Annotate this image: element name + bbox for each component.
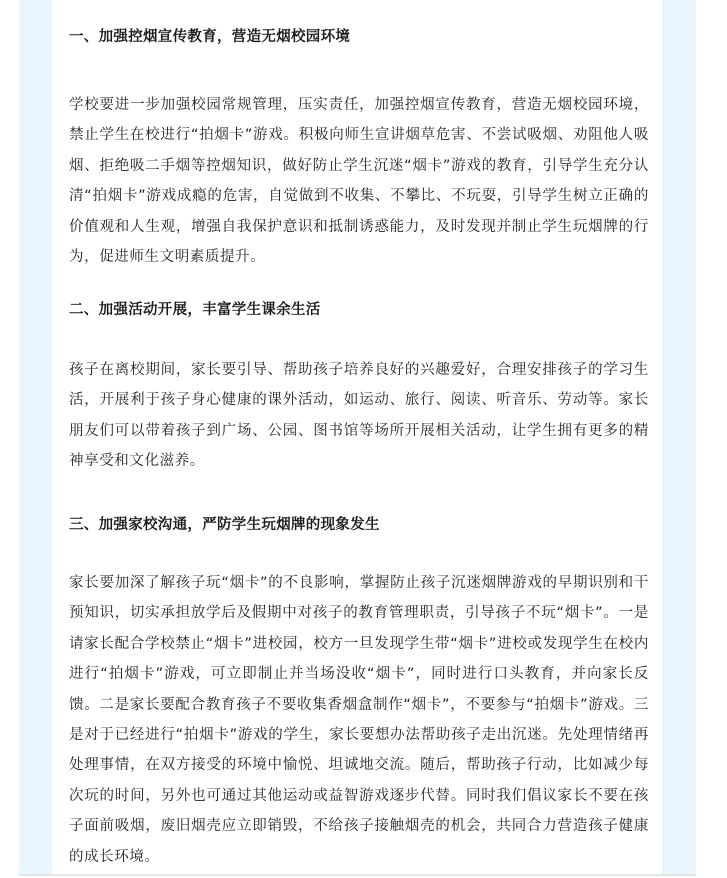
bottom-divider bbox=[19, 874, 696, 876]
section-3-heading: 三、加强家校沟通，严防学生玩烟牌的现象发生 bbox=[69, 515, 380, 535]
section-3-body: 家长要加深了解孩子玩“烟卡”的不良影响，掌握防止孩子沉迷烟牌游戏的早期识别和干预… bbox=[69, 568, 649, 872]
section-1-body: 学校要进一步加强校园常规管理，压实责任，加强控烟宣传教育，营造无烟校园环境，禁止… bbox=[69, 90, 649, 272]
article-container: 一、加强控烟宣传教育，营造无烟校园环境 学校要进一步加强校园常规管理，压实责任，… bbox=[52, 0, 662, 874]
section-2-body: 孩子在离校期间，家长要引导、帮助孩子培养良好的兴趣爱好，合理安排孩子的学习生活，… bbox=[69, 355, 649, 477]
section-2-heading: 二、加强活动开展，丰富学生课余生活 bbox=[69, 300, 321, 320]
section-1-heading: 一、加强控烟宣传教育，营造无烟校园环境 bbox=[69, 27, 350, 47]
